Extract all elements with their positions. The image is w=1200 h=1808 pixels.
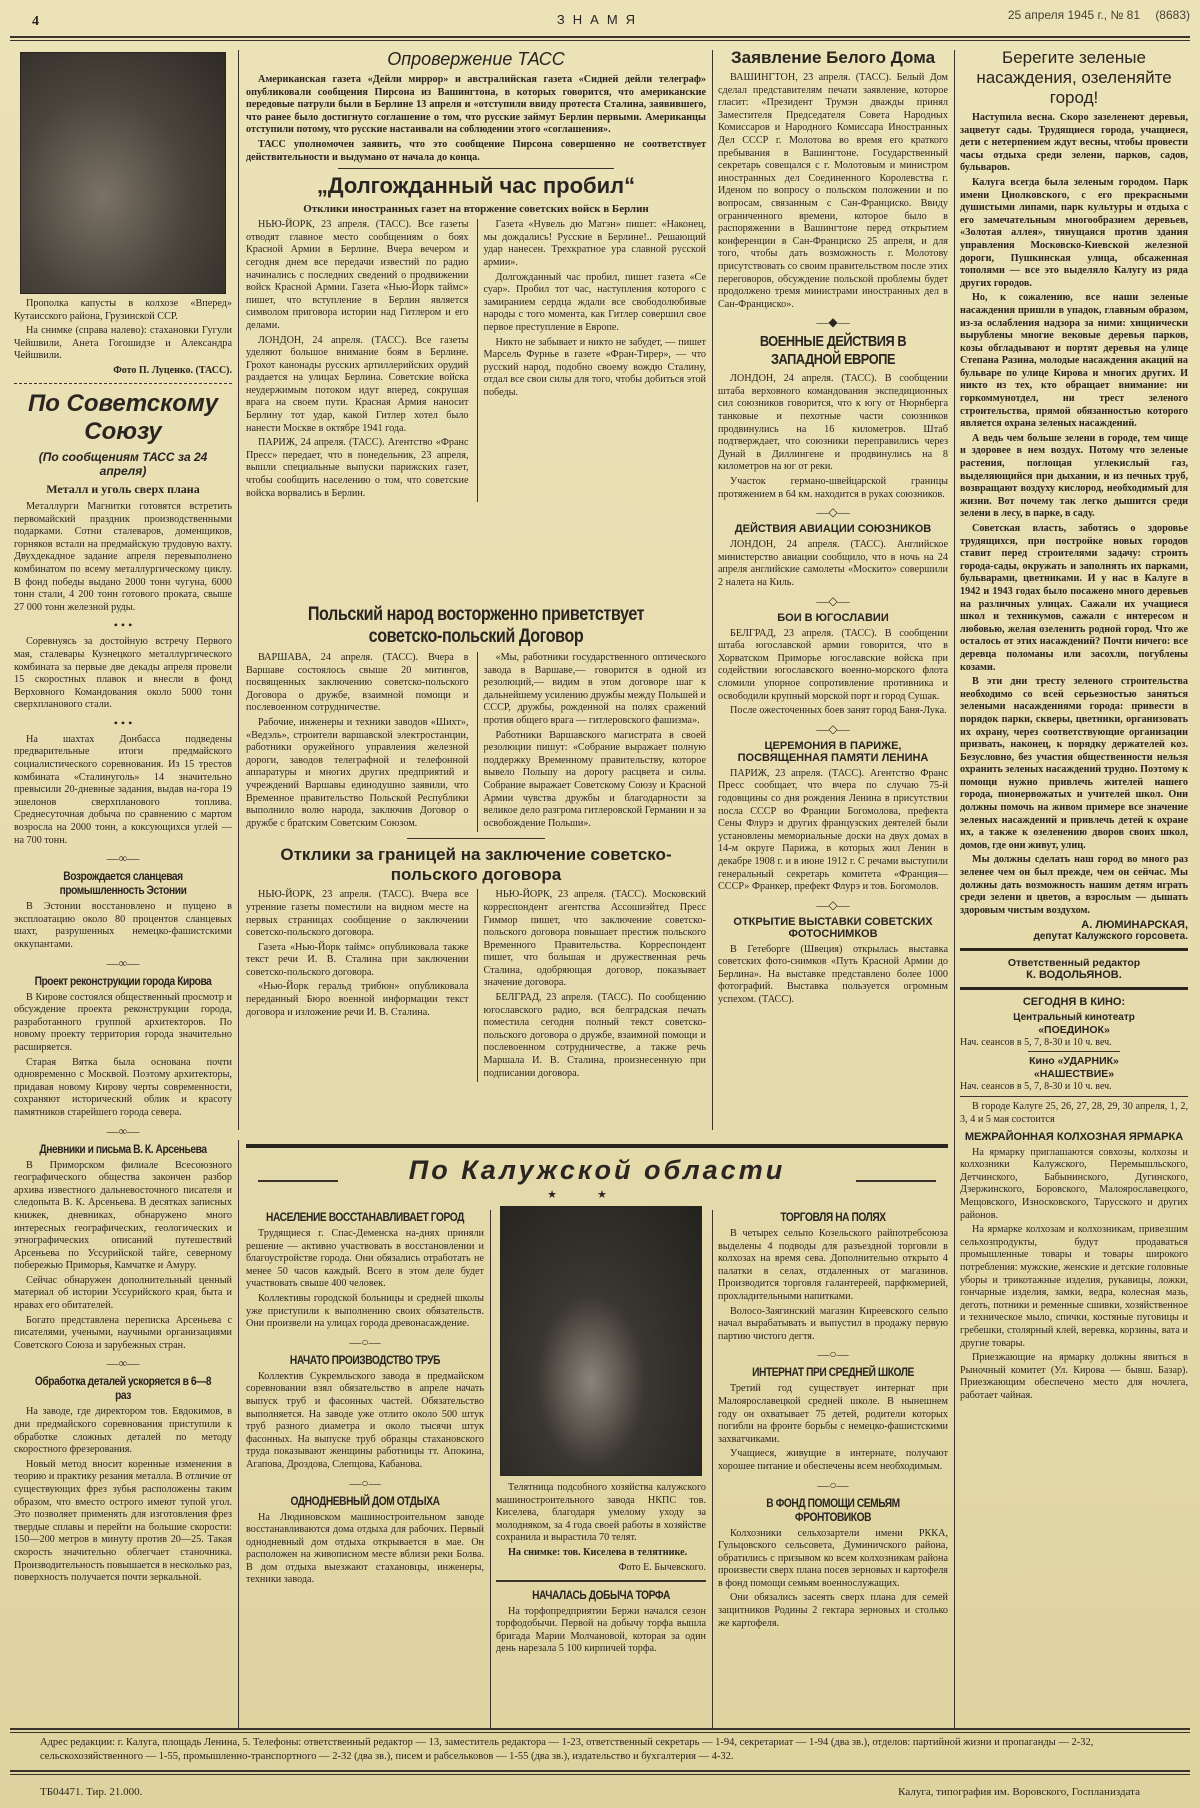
separator: —○—	[246, 1476, 484, 1490]
article-title: НАЧАЛАСЬ ДОБЫЧА ТОРФА	[512, 1588, 691, 1602]
article-paragraph: ВАРШАВА, 24 апреля. (ТАСС). Вчера в Варш…	[246, 652, 469, 715]
article-title: Обработка деталей ускоряется в 6—8 раз	[30, 1374, 215, 1402]
article-paragraph: Рабочие, инженеры и техники заводов «Ших…	[246, 717, 469, 830]
newspaper-page: 4 ЗНАМЯ 25 апреля 1945 г., № 81 (8683) П…	[0, 0, 1200, 1808]
separator	[14, 383, 232, 384]
separator: —∞—	[14, 1356, 232, 1370]
separator: —◇—	[718, 898, 948, 912]
article-paragraph: ВАШИНГТОН, 23 апреля. (ТАСС). Белый Дом …	[718, 72, 948, 311]
section-subtitle: (По сообщениям ТАСС за 24 апреля)	[14, 450, 232, 478]
yugoslavia-title: БОИ В ЮГОСЛАВИИ	[718, 612, 948, 624]
photo-caption: Телятница подсобного хозяйства калужског…	[496, 1482, 706, 1545]
article-title: Дневники и письма В. К. Арсеньева	[30, 1142, 215, 1156]
article-paragraph: Старая Вятка была основана почти одновре…	[14, 1057, 232, 1120]
author-name: А. ЛЮМИНАРСКАЯ,	[960, 919, 1188, 931]
header-ornament	[856, 1180, 936, 1182]
long-awaited-title: „Долгожданный час пробил“	[246, 173, 706, 199]
issue-date: 25 апреля 1945 г., № 81	[1008, 8, 1140, 22]
separator: —◇—	[718, 722, 948, 736]
separator: —○—	[718, 1478, 948, 1492]
article-paragraph: Участок германо-швейцарской границы прот…	[718, 476, 948, 501]
article-title: Проект реконструкции города Кирова	[30, 974, 215, 988]
kaluga-column-3: ТОРГОВЛЯ НА ПОЛЯХ В четырех сельпо Козел…	[718, 1206, 948, 1726]
article-paragraph: Наступила весна. Скоро зазеленеют деревь…	[960, 112, 1188, 175]
article-paragraph: На Людиновском машиностроительном заводе…	[246, 1512, 484, 1588]
column-divider	[238, 50, 239, 1130]
article-paragraph: На ярмарку приглашаются совхозы, колхозы…	[960, 1147, 1188, 1223]
article-paragraph: НЬЮ-ЙОРК, 23 апреля. (ТАСС). Вчера все у…	[246, 889, 469, 939]
kaluga-column-2: Телятница подсобного хозяйства калужског…	[496, 1206, 706, 1726]
masthead-rule	[10, 36, 1190, 41]
header-ornament	[258, 1180, 338, 1182]
column-divider	[490, 1210, 491, 1730]
article-paragraph: ТАСС уполномочен заявить, что это сообще…	[246, 139, 706, 164]
farm-photo	[20, 52, 226, 294]
cinema-times: Нач. сеансов в 5, 7, 8-30 и 10 ч. веч.	[960, 1081, 1188, 1092]
article-title: НАСЕЛЕНИЕ ВОССТАНАВЛИВАЕТ ГОРОД	[264, 1210, 466, 1224]
separator	[960, 987, 1188, 990]
editorial-title: Берегите зеленые насаждения, озеленяйте …	[960, 48, 1188, 108]
section-title: По Советскому Союзу	[14, 390, 232, 446]
separator	[338, 168, 614, 169]
article-paragraph: После ожесточенных боев занят город Баня…	[718, 705, 948, 718]
article-paragraph: НЬЮ-ЙОРК, 23 апреля. (ТАСС). Московский …	[484, 889, 707, 990]
separator	[407, 838, 545, 839]
separator: —∞—	[14, 956, 232, 970]
article-paragraph: ЛОНДОН, 24 апреля. (ТАСС). Все газеты уд…	[246, 335, 469, 436]
article-paragraph: В Кирове состоялся общественный просмотр…	[14, 992, 232, 1055]
article-paragraph: ЛОНДОН, 24 апреля. (ТАСС). Английское ми…	[718, 539, 948, 589]
article-paragraph: На торфопредприятии Бержи начался сезон …	[496, 1606, 706, 1656]
separator: • • •	[14, 618, 232, 632]
separator: —◇—	[718, 505, 948, 519]
cinema-venue: Кино «УДАРНИК»	[960, 1055, 1188, 1067]
article-paragraph: Богато представлена переписка Арсеньева …	[14, 1315, 232, 1353]
right-column: Берегите зеленые насаждения, озеленяйте …	[960, 44, 1188, 1734]
separator: —○—	[246, 1335, 484, 1349]
separator	[1028, 1051, 1119, 1052]
article-paragraph: Колхозники сельхозартели имени РККА, Гул…	[718, 1528, 948, 1591]
kaluga-section-header: По Калужской области ★★	[246, 1152, 948, 1202]
article-paragraph: Учащиеся, живущие в интернате, получают …	[718, 1448, 948, 1473]
article-paragraph: В четырех сельпо Козельского райпотребсо…	[718, 1228, 948, 1304]
fair-intro: В городе Калуге 25, 26, 27, 28, 29, 30 а…	[960, 1101, 1188, 1126]
western-europe-title: ВОЕННЫЕ ДЕЙСТВИЯ В ЗАПАДНОЙ ЕВРОПЕ	[735, 333, 931, 369]
article-paragraph: Долгожданный час пробил, пишет газета «С…	[484, 272, 707, 335]
article-paragraph: Калуга всегда была зеленым городом. Парк…	[960, 177, 1188, 290]
long-awaited-subtitle: Отклики иностранных газет на вторжение с…	[246, 203, 706, 215]
calf-keeper-photo	[500, 1206, 702, 1476]
article-paragraph: Мы должны сделать наш город во много раз…	[960, 854, 1188, 917]
separator: —◇—	[718, 594, 948, 608]
article-paragraph: Никто не забывает и никто не забудет, — …	[484, 337, 707, 400]
article-paragraph: Третий год существует интернат при Малоя…	[718, 1383, 948, 1446]
photo-caption-subject: На снимке: тов. Киселева в телятнике.	[496, 1547, 706, 1560]
article-paragraph: А ведь чем больше зелени в городе, тем ч…	[960, 433, 1188, 521]
separator: —∞—	[14, 851, 232, 865]
editorial-address: Адрес редакции: г. Калуга, площадь Ленин…	[40, 1736, 1190, 1764]
photo-credit: Фото П. Луценко. (ТАСС).	[14, 365, 232, 377]
article-title: НАЧАТО ПРОИЗВОДСТВО ТРУБ	[264, 1353, 466, 1367]
tass-denial-title: Опровержение ТАСС	[246, 48, 706, 70]
editor-name: К. ВОДОЛЬЯНОВ.	[960, 969, 1188, 981]
white-house-title: Заявление Белого Дома	[718, 48, 948, 68]
article-paragraph: На заводе, где директором тов. Евдокимов…	[14, 1406, 232, 1456]
article-paragraph: «Нью-Йорк геральд трибюн» опубликовала п…	[246, 981, 469, 1019]
print-code: ТБ04471. Тир. 21.000.	[40, 1786, 142, 1798]
polish-treaty-title: Польский народ восторженно приветствует …	[281, 604, 672, 648]
author-role: депутат Калужского горсовета.	[960, 931, 1188, 942]
foreign-news-column: Заявление Белого Дома ВАШИНГТОН, 23 апре…	[718, 44, 948, 1134]
separator	[496, 1580, 706, 1582]
article-paragraph: Они обязались засеять сверх плана для се…	[718, 1592, 948, 1630]
article-paragraph: Работники Варшавского магистрата в своей…	[484, 730, 707, 831]
fair-title: МЕЖРАЙОННАЯ КОЛХОЗНАЯ ЯРМАРКА	[960, 1131, 1188, 1143]
article-paragraph: НЬЮ-ЙОРК, 23 апреля. (ТАСС). Все газеты …	[246, 219, 469, 332]
photo-caption-names: На снимке (справа налево): стахановки Гу…	[14, 325, 232, 363]
column-divider	[712, 50, 713, 1130]
article-paragraph: БЕЛГРАД, 23 апреля. (ТАСС). В сообщении …	[718, 628, 948, 704]
article-paragraph: В Эстонии восстановлено и пущено в экспл…	[14, 901, 232, 951]
editor-label: Ответственный редактор	[960, 957, 1188, 969]
article-paragraph: В Гетеборге (Швеция) открылась выставка …	[718, 944, 948, 1007]
photo-caption: Прополка капусты в колхозе «Вперед» Кута…	[14, 298, 232, 323]
photo-credit: Фото Е. Бычевского.	[496, 1562, 706, 1574]
allied-aviation-title: ДЕЙСТВИЯ АВИАЦИИ СОЮЗНИКОВ	[718, 523, 948, 535]
cinema-times: Нач. сеансов в 5, 7, 8-30 и 10 ч. веч.	[960, 1037, 1188, 1048]
paris-ceremony-title: ЦЕРЕМОНИЯ В ПАРИЖЕ, ПОСВЯЩЕННАЯ ПАМЯТИ Л…	[718, 740, 948, 764]
column-divider	[954, 50, 955, 1730]
article-title: Возрождается сланцевая промышленность Эс…	[30, 869, 215, 897]
footer-rule	[10, 1728, 1190, 1733]
article-paragraph: Коллективы городской больницы и средней …	[246, 1293, 484, 1331]
separator: —∞—	[14, 1124, 232, 1138]
article-paragraph: ПАРИЖ, 23 апреля. (ТАСС). Агентство Фран…	[718, 768, 948, 894]
printer-info: Калуга, типография им. Воровского, Госпл…	[898, 1786, 1140, 1798]
separator	[960, 948, 1188, 951]
separator: • • •	[14, 716, 232, 730]
cinema-venue: Центральный кинотеатр	[960, 1012, 1188, 1023]
article-paragraph: Трудящиеся г. Спас-Деменска на-днях прин…	[246, 1228, 484, 1291]
cinema-film: «ПОЕДИНОК»	[960, 1024, 1188, 1036]
kaluga-section-title: По Калужской области	[246, 1154, 948, 1186]
article-title: Металл и уголь сверх плана	[14, 482, 232, 497]
article-title: ОДНОДНЕВНЫЙ ДОМ ОТДЫХА	[264, 1494, 466, 1508]
article-paragraph: Советская власть, заботясь о здоровье тр…	[960, 523, 1188, 674]
treaty-responses-title: Отклики за границей на заключение советс…	[246, 845, 706, 885]
stars-ornament: ★★	[246, 1188, 948, 1201]
article-title: В ФОНД ПОМОЩИ СЕМЬЯМ ФРОНТОВИКОВ	[735, 1496, 931, 1524]
article-paragraph: Коллектив Сукремльского завода в предмай…	[246, 1371, 484, 1472]
article-paragraph: ПАРИЖ, 24 апреля. (ТАСС). Агентство «Фра…	[246, 437, 469, 500]
column-divider	[712, 1210, 713, 1730]
article-paragraph: Приезжающие на ярмарку должны явиться в …	[960, 1352, 1188, 1402]
issue-number: (8683)	[1155, 8, 1190, 22]
article-title: ИНТЕРНАТ ПРИ СРЕДНЕЙ ШКОЛЕ	[735, 1365, 931, 1379]
separator	[960, 1096, 1188, 1097]
article-paragraph: Американская газета «Дейли миррор» и авс…	[246, 74, 706, 137]
article-paragraph: Соревнуясь за достойную встречу Первого …	[14, 636, 232, 712]
article-paragraph: Газета «Нью-Йорк таймс» опубликовала так…	[246, 942, 469, 980]
article-paragraph: Сейчас обнаружен дополнительный ценный м…	[14, 1275, 232, 1313]
article-paragraph: В Приморском филиале Всесоюзного географ…	[14, 1160, 232, 1273]
left-column: Прополка капусты в колхозе «Вперед» Кута…	[14, 52, 232, 1732]
article-paragraph: Газета «Нувель дю Матэн» пишет: «Наконец…	[484, 219, 707, 269]
masthead: 4 ЗНАМЯ 25 апреля 1945 г., № 81 (8683)	[10, 6, 1190, 40]
article-paragraph: В эти дни тресту зеленого строительства …	[960, 676, 1188, 852]
photo-exhibit-title: ОТКРЫТИЕ ВЫСТАВКИ СОВЕТСКИХ ФОТОСНИМКОВ	[718, 916, 948, 940]
kaluga-column-1: НАСЕЛЕНИЕ ВОССТАНАВЛИВАЕТ ГОРОД Трудящие…	[246, 1206, 484, 1726]
article-paragraph: На ярмарке колхозам и колхозникам, приве…	[960, 1224, 1188, 1350]
article-paragraph: «Мы, работники государственного оптическ…	[484, 652, 707, 728]
article-paragraph: Волосо-Заягинский магазин Киреевского се…	[718, 1306, 948, 1344]
separator: —○—	[718, 1347, 948, 1361]
separator: —◆—	[718, 315, 948, 329]
article-paragraph: Но, к сожалению, все наши зеленые насажд…	[960, 292, 1188, 431]
center-mid-column: Польский народ восторженно приветствует …	[246, 600, 706, 1140]
article-title: ТОРГОВЛЯ НА ПОЛЯХ	[735, 1210, 931, 1224]
center-top-column: Опровержение ТАСС Американская газета «Д…	[246, 44, 706, 624]
column-divider	[238, 1140, 239, 1730]
article-paragraph: ЛОНДОН, 24 апреля. (ТАСС). В сообщении ш…	[718, 373, 948, 474]
article-paragraph: На шахтах Донбасса подведены предварител…	[14, 734, 232, 847]
article-paragraph: Металлурги Магнитки готовятся встретить …	[14, 501, 232, 614]
footer-rule	[10, 1770, 1190, 1775]
article-paragraph: БЕЛГРАД, 23 апреля. (ТАСС). По сообщению…	[484, 992, 707, 1080]
cinema-title: СЕГОДНЯ В КИНО:	[960, 996, 1188, 1008]
article-paragraph: Новый метод вносит коренные изменения в …	[14, 1459, 232, 1585]
section-rule	[246, 1144, 948, 1148]
cinema-film: «НАШЕСТВИЕ»	[960, 1068, 1188, 1080]
